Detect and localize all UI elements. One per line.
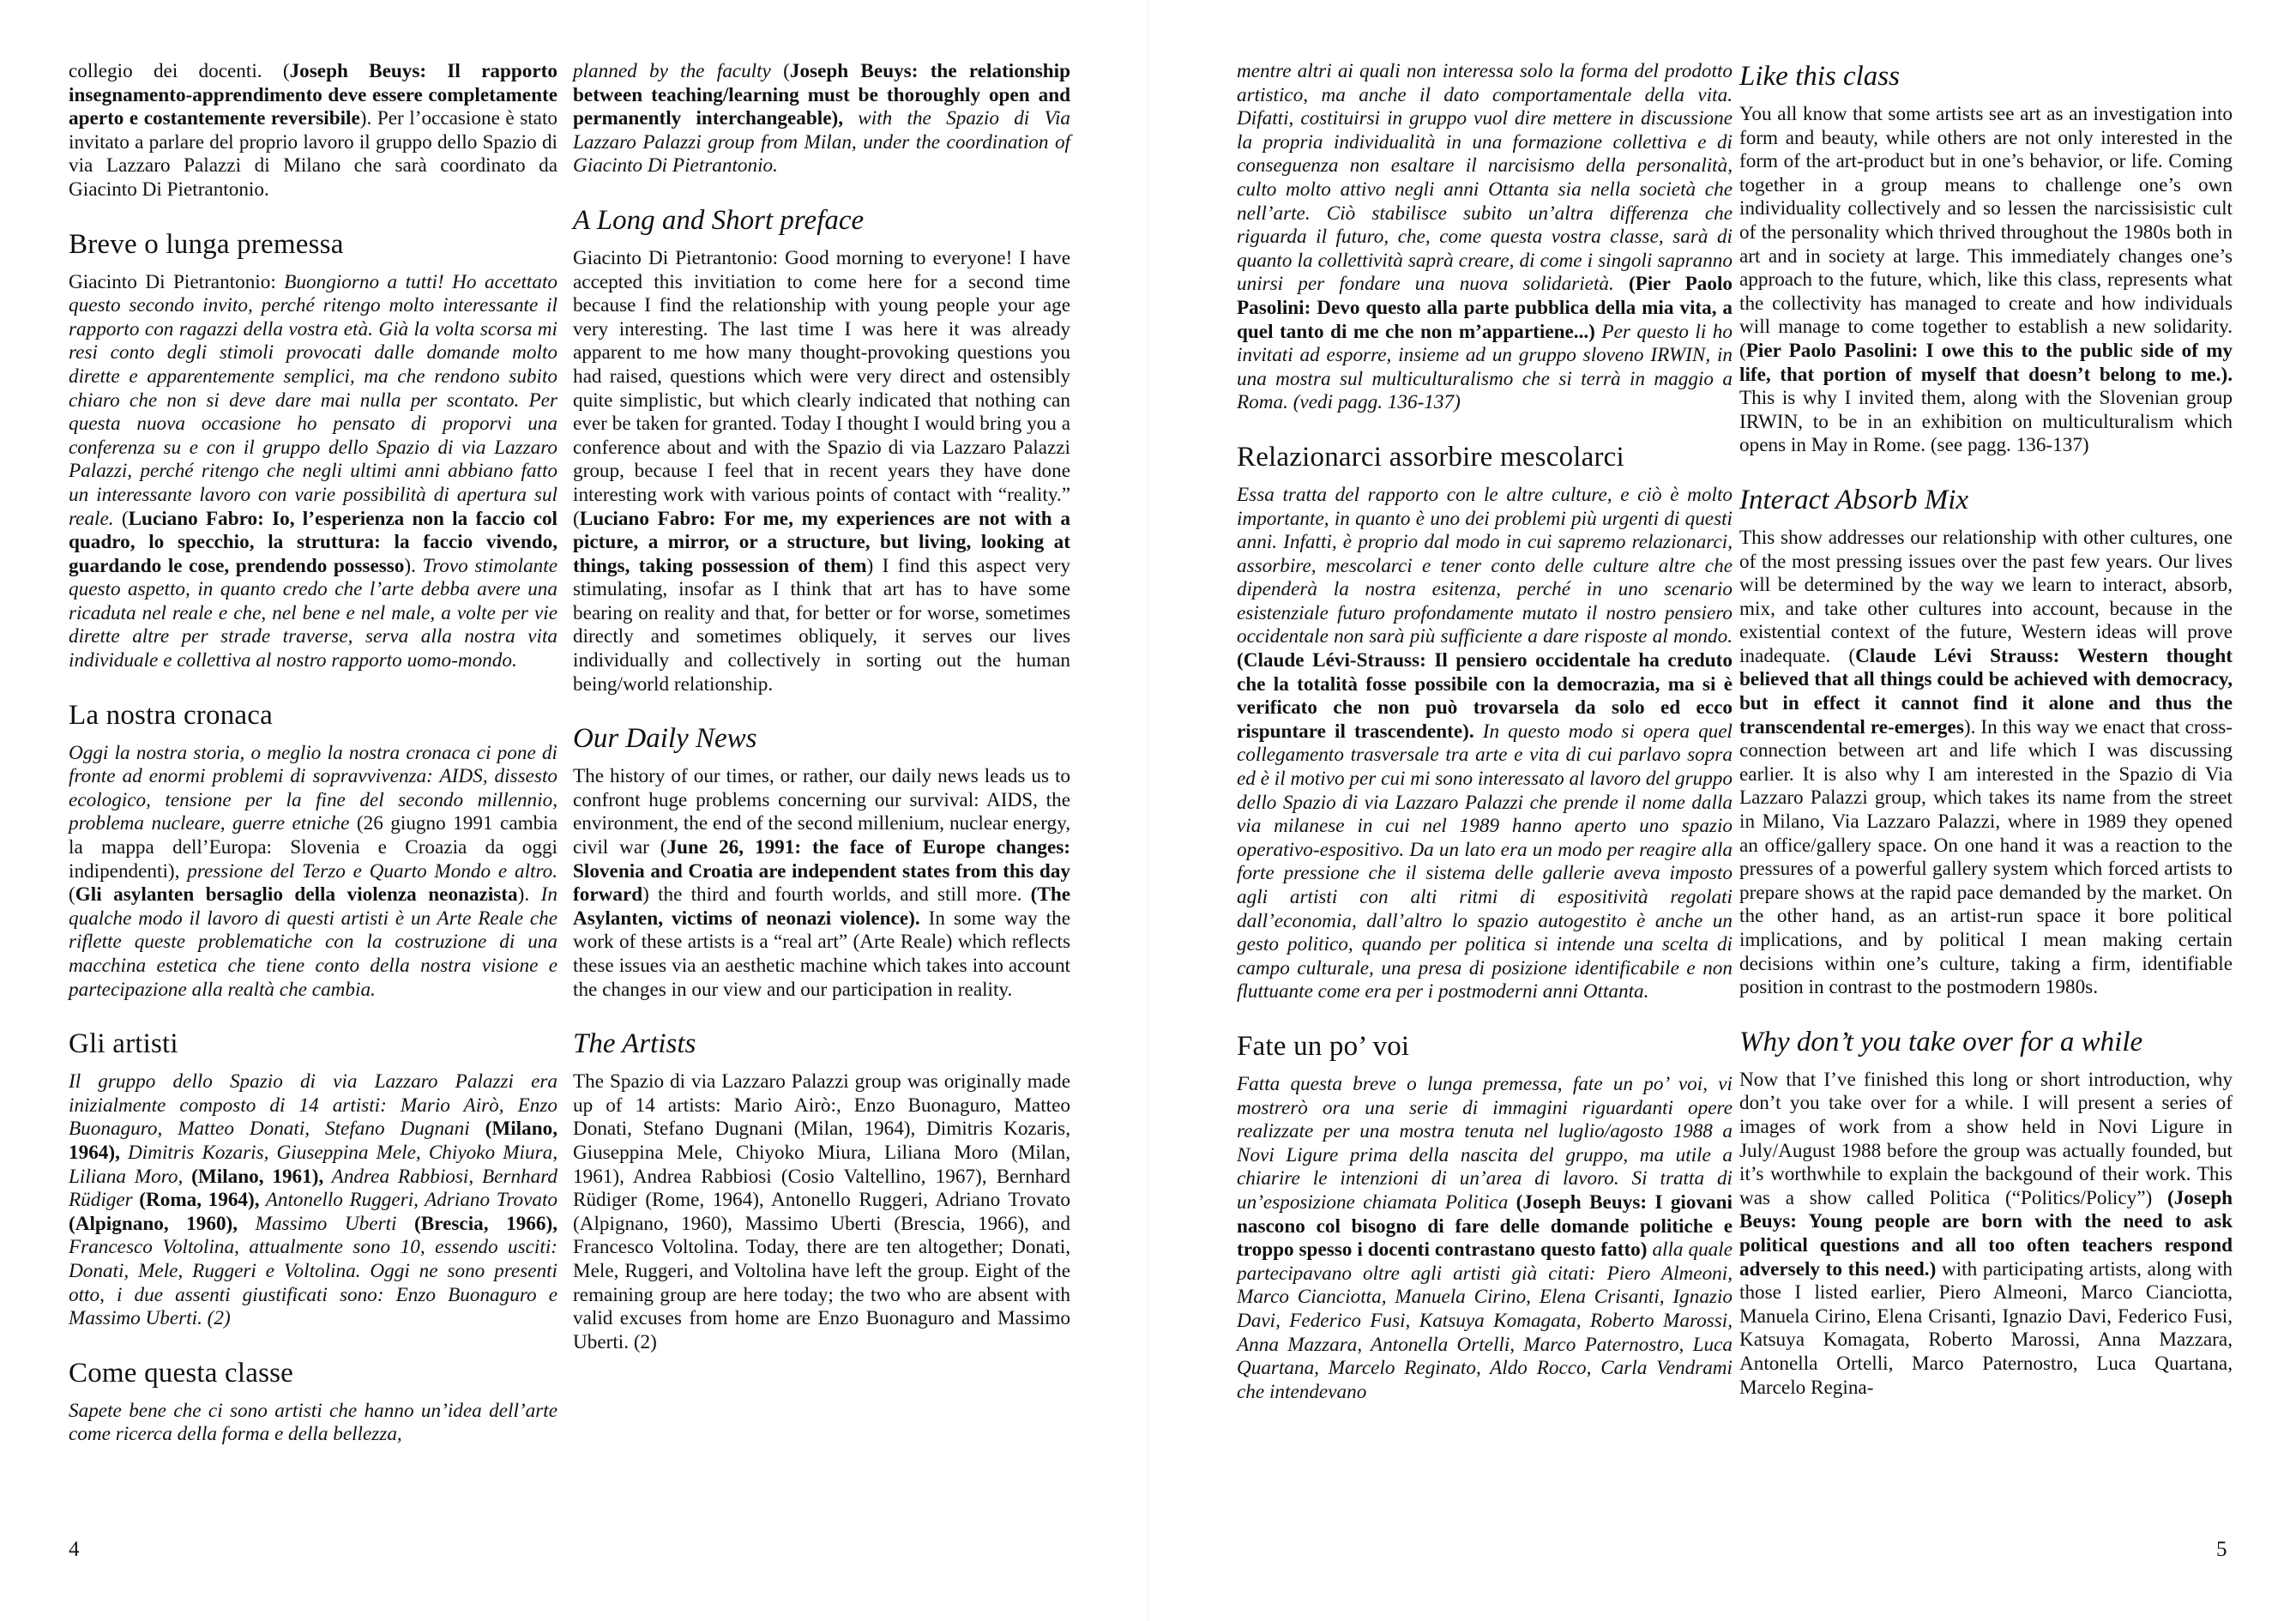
- paragraph-cronaca: Oggi la nostra storia, o meglio la nostr…: [69, 742, 557, 1003]
- intro-paragraph: collegio dei docenti. (Joseph Beuys: Il …: [69, 60, 557, 202]
- intro-paragraph-en: planned by the faculty (Joseph Beuys: th…: [573, 60, 1070, 178]
- section-heading-cronaca: La nostra cronaca: [69, 699, 557, 732]
- section-heading-artists: The Artists: [573, 1027, 1070, 1060]
- paragraph-fate-voi: Fatta questa breve o lunga premessa, fat…: [1237, 1073, 1733, 1404]
- paragraph-interact: This show addresses our relationship wit…: [1739, 527, 2233, 1000]
- paragraph-take-over: Now that I’ve finished this long or shor…: [1739, 1069, 2233, 1400]
- book-spread: collegio dei docenti. (Joseph Beuys: Il …: [0, 0, 2296, 1621]
- intro-paragraph-right: mentre altri ai quali non interessa solo…: [1237, 60, 1733, 415]
- paragraph-artists: The Spazio di via Lazzaro Palazzi group …: [573, 1070, 1070, 1354]
- section-heading-classe: Come questa classe: [69, 1357, 557, 1389]
- paragraph-classe: Sapete bene che ci sono artisti che hann…: [69, 1400, 557, 1447]
- page-gutter: [1148, 0, 1149, 1621]
- page-number-right: 5: [2216, 1538, 2227, 1562]
- paragraph-preface: Giacinto Di Pietrantonio: Good morning t…: [573, 247, 1070, 696]
- paragraph-daily-news: The history of our times, or rather, our…: [573, 765, 1070, 1002]
- column-italian-left: collegio dei docenti. (Joseph Beuys: Il …: [69, 60, 557, 1447]
- column-italian-right: mentre altri ai quali non interessa solo…: [1237, 60, 1733, 1404]
- column-english-right: Like this class You all know that some a…: [1739, 60, 2233, 1400]
- section-heading-relazionarci: Relazionarci assorbire mescolarci: [1237, 441, 1733, 473]
- section-heading-preface: A Long and Short preface: [573, 204, 1070, 237]
- section-heading-breve: Breve o lunga premessa: [69, 228, 557, 261]
- section-heading-like-class: Like this class: [1739, 60, 2233, 93]
- section-heading-artisti: Gli artisti: [69, 1027, 557, 1060]
- section-heading-take-over: Why don’t you take over for a while: [1739, 1026, 2233, 1058]
- paragraph-like-class: You all know that some artists see art a…: [1739, 103, 2233, 458]
- section-heading-daily-news: Our Daily News: [573, 722, 1070, 755]
- column-english-left: planned by the faculty (Joseph Beuys: th…: [573, 60, 1070, 1354]
- section-heading-fate-voi: Fate un po’ voi: [1237, 1030, 1733, 1063]
- paragraph-breve: Giacinto Di Pietrantonio: Buongiorno a t…: [69, 271, 557, 673]
- paragraph-artisti: Il gruppo dello Spazio di via Lazzaro Pa…: [69, 1070, 557, 1331]
- paragraph-relazionarci: Essa tratta del rapporto con le altre cu…: [1237, 484, 1733, 1004]
- section-heading-interact: Interact Absorb Mix: [1739, 484, 2233, 516]
- page-number-left: 4: [69, 1538, 80, 1562]
